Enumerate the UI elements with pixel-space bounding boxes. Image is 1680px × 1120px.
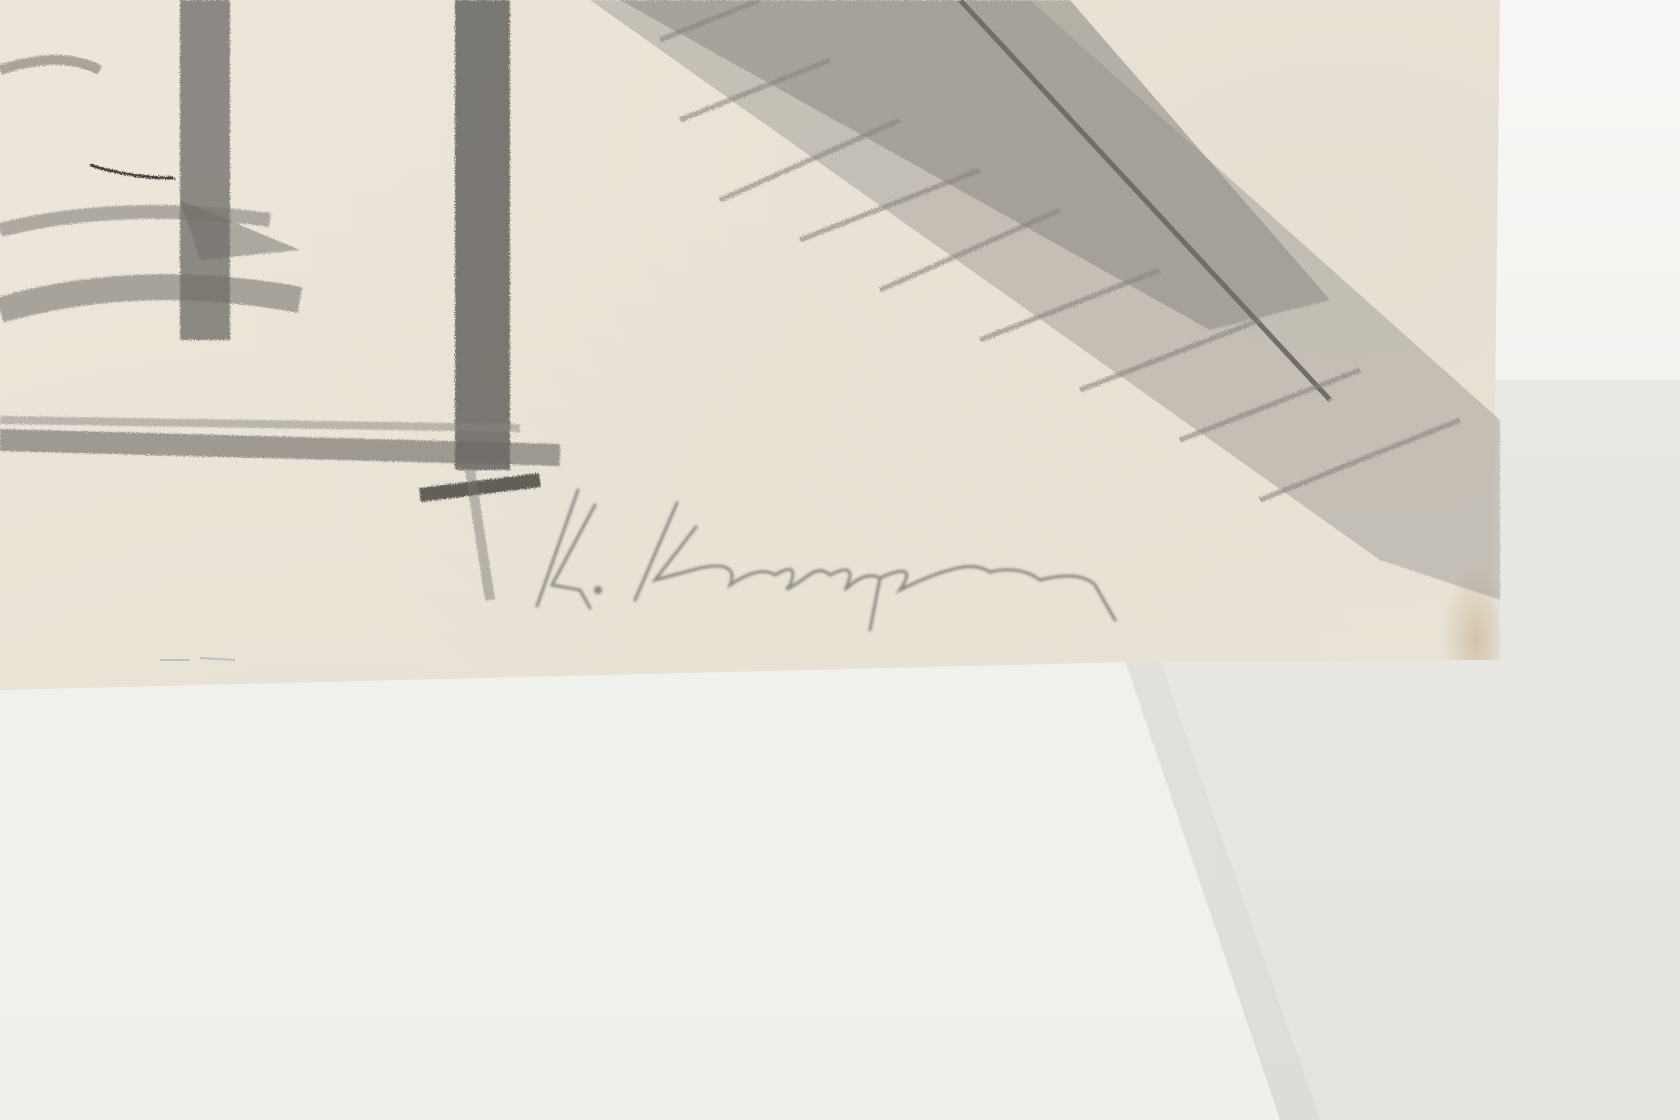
charcoal-base-lines [0,420,560,600]
charcoal-post-right [455,0,510,470]
paper-marks [160,658,235,660]
charcoal-post-left [0,0,300,340]
photo-scene: K. Knoape [0,0,1680,1120]
